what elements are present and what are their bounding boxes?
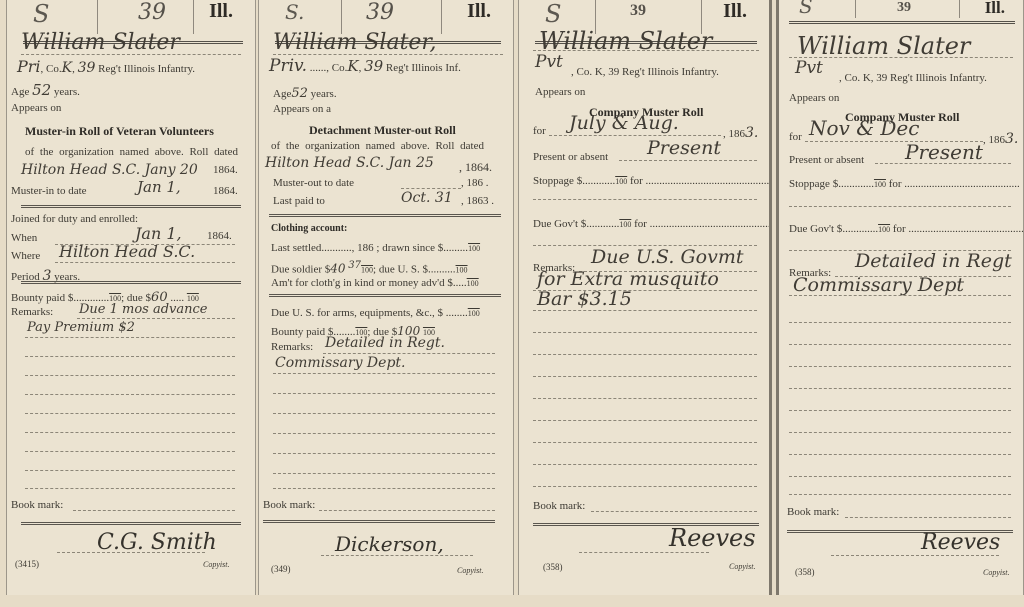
- rank-line: Pri, Co.K, 39 Reg't Illinois Infantry.: [17, 57, 195, 76]
- muster-in-date: Jan 1,: [137, 178, 181, 196]
- last-settled-line: Last settled..........., 186 ; drawn sin…: [271, 242, 480, 254]
- joined-label: Joined for duty and enrolled:: [11, 213, 138, 225]
- form-number: (3415): [15, 559, 39, 569]
- clothing-label: Clothing account:: [271, 223, 347, 234]
- for-label: for: [789, 131, 802, 143]
- for-label: for: [533, 125, 546, 137]
- due-soldier-line: Due soldier $40 37100; due U. S. $......…: [271, 260, 468, 276]
- for-value: July & Aug.: [569, 112, 679, 134]
- appears-on: Appears on a: [273, 103, 331, 115]
- roll-place: Hilton Head S.C. Jany 20: [21, 162, 198, 178]
- soldier-name: William Slater,: [273, 30, 437, 55]
- header-state: Ill.: [209, 0, 233, 44]
- company-line: , Co. K, 39 Reg't Illinois Infantry.: [839, 72, 987, 84]
- copyist-label: Copyist.: [983, 568, 1009, 577]
- present-label: Present or absent: [789, 154, 864, 166]
- company-line: , Co. K, 39 Reg't Illinois Infantry.: [571, 66, 719, 78]
- last-paid-year: , 1863 .: [461, 195, 494, 207]
- service-card-muster-in: S 39 Ill. William Slater Pri, Co.K, 39 R…: [6, 0, 256, 595]
- when-year: 1864.: [207, 230, 232, 242]
- copyist-label: Copyist.: [729, 562, 755, 571]
- book-mark-label: Book mark:: [533, 500, 585, 512]
- book-mark-label: Book mark:: [11, 499, 63, 511]
- remarks-line-3: Bar $3.15: [537, 288, 632, 310]
- present-label: Present or absent: [533, 151, 608, 163]
- year-line: , 1863.: [723, 125, 758, 141]
- card-header: S 39 Ill.: [789, 0, 1015, 24]
- rank: Pvt: [795, 58, 823, 78]
- remarks-line-2: Pay Premium $2: [27, 320, 135, 335]
- form-number: (349): [271, 564, 291, 574]
- copyist-label: Copyist.: [457, 566, 483, 575]
- due-gov-line: Due Gov't $............100 for .........…: [533, 218, 772, 230]
- book-mark-label: Book mark:: [263, 499, 315, 511]
- roll-title: Detachment Muster-out Roll: [309, 123, 456, 138]
- due-gov-line: Due Gov't $.............100 for ........…: [789, 223, 1024, 235]
- muster-in-label: Muster-in to date: [11, 185, 87, 197]
- remarks-label: Remarks:: [271, 341, 313, 353]
- rank: Pvt: [535, 52, 563, 72]
- appears-on: Appears on: [789, 92, 839, 104]
- appears-on: Appears on: [11, 102, 61, 114]
- muster-out-label: Muster-out to date: [273, 177, 354, 189]
- last-paid-label: Last paid to: [273, 195, 325, 207]
- remarks-line-1: Due 1 mos advance: [79, 302, 208, 317]
- service-card-muster-out: S. 39 Ill. William Slater, Priv. ......,…: [258, 0, 514, 595]
- age-line: Age 52 years.: [11, 81, 80, 99]
- book-mark-label: Book mark:: [787, 506, 839, 518]
- copyist-label: Copyist.: [203, 560, 229, 569]
- due-arms-line: Due U. S. for arms, equipments, &c., $ .…: [271, 307, 480, 319]
- remarks-label: Remarks:: [11, 306, 53, 318]
- header-state: Ill.: [723, 0, 747, 44]
- roll-title: Muster-in Roll of Veteran Volunteers: [25, 124, 214, 139]
- muster-in-year: 1864.: [213, 185, 238, 197]
- header-state: Ill.: [985, 0, 1005, 42]
- where-label: Where: [11, 250, 40, 262]
- org-text: of the organization named above. Roll da…: [25, 146, 238, 158]
- age-line: Age52 years.: [273, 86, 337, 101]
- soldier-name: William Slater: [797, 32, 970, 60]
- roll-year: 1864.: [213, 164, 238, 176]
- copyist-signature: Reeves: [669, 524, 756, 552]
- appears-on: Appears on: [535, 86, 585, 98]
- present-value: Present: [647, 137, 721, 159]
- roll-year: , 1864.: [459, 160, 492, 175]
- service-card-company-muster-nov-dec: S 39 Ill. William Slater Pvt , Co. K, 39…: [776, 0, 1024, 595]
- form-number: (358): [543, 562, 563, 572]
- rank-line: Priv. ......, Co.K, 39 Reg't Illinois In…: [269, 56, 461, 76]
- remarks-line-1: Detailed in Regt.: [325, 335, 445, 351]
- muster-out-year: , 186 .: [461, 177, 489, 189]
- remarks-line-2: Commissary Dept: [793, 274, 964, 296]
- remarks-line-1: Detailed in Regt: [855, 250, 1012, 272]
- remarks-line-2: for Extra musquito: [537, 268, 719, 290]
- roll-place: Hilton Head S.C. Jan 25: [265, 155, 434, 171]
- stoppage-line: Stoppage $.............100 for .........…: [789, 178, 1020, 190]
- copyist-signature: Dickerson,: [335, 532, 444, 556]
- header-state: Ill.: [467, 0, 491, 44]
- remarks-line-1: Due U.S. Govmt: [591, 246, 743, 268]
- last-paid-value: Oct. 31: [401, 190, 453, 206]
- service-card-company-muster-jul-aug: S 39 Ill. William Slater Pvt , Co. K, 39…: [518, 0, 772, 595]
- when-label: When: [11, 232, 37, 244]
- where-value: Hilton Head S.C.: [59, 242, 195, 261]
- remarks-line-2: Commissary Dept.: [275, 355, 405, 371]
- stoppage-line: Stoppage $............100 for ..........…: [533, 175, 772, 187]
- for-value: Nov & Dec: [809, 116, 919, 140]
- year-line: , 1863.: [983, 131, 1018, 147]
- soldier-name: William Slater: [21, 30, 180, 55]
- form-number: (358): [795, 567, 815, 577]
- when-value: Jan 1,: [135, 224, 182, 243]
- copyist-signature: Reeves: [921, 530, 1000, 555]
- amt-clothing-line: Am't for cloth'g in kind or money adv'd …: [271, 277, 479, 289]
- present-value: Present: [905, 140, 983, 164]
- org-text: of the organization named above. Roll da…: [271, 140, 484, 152]
